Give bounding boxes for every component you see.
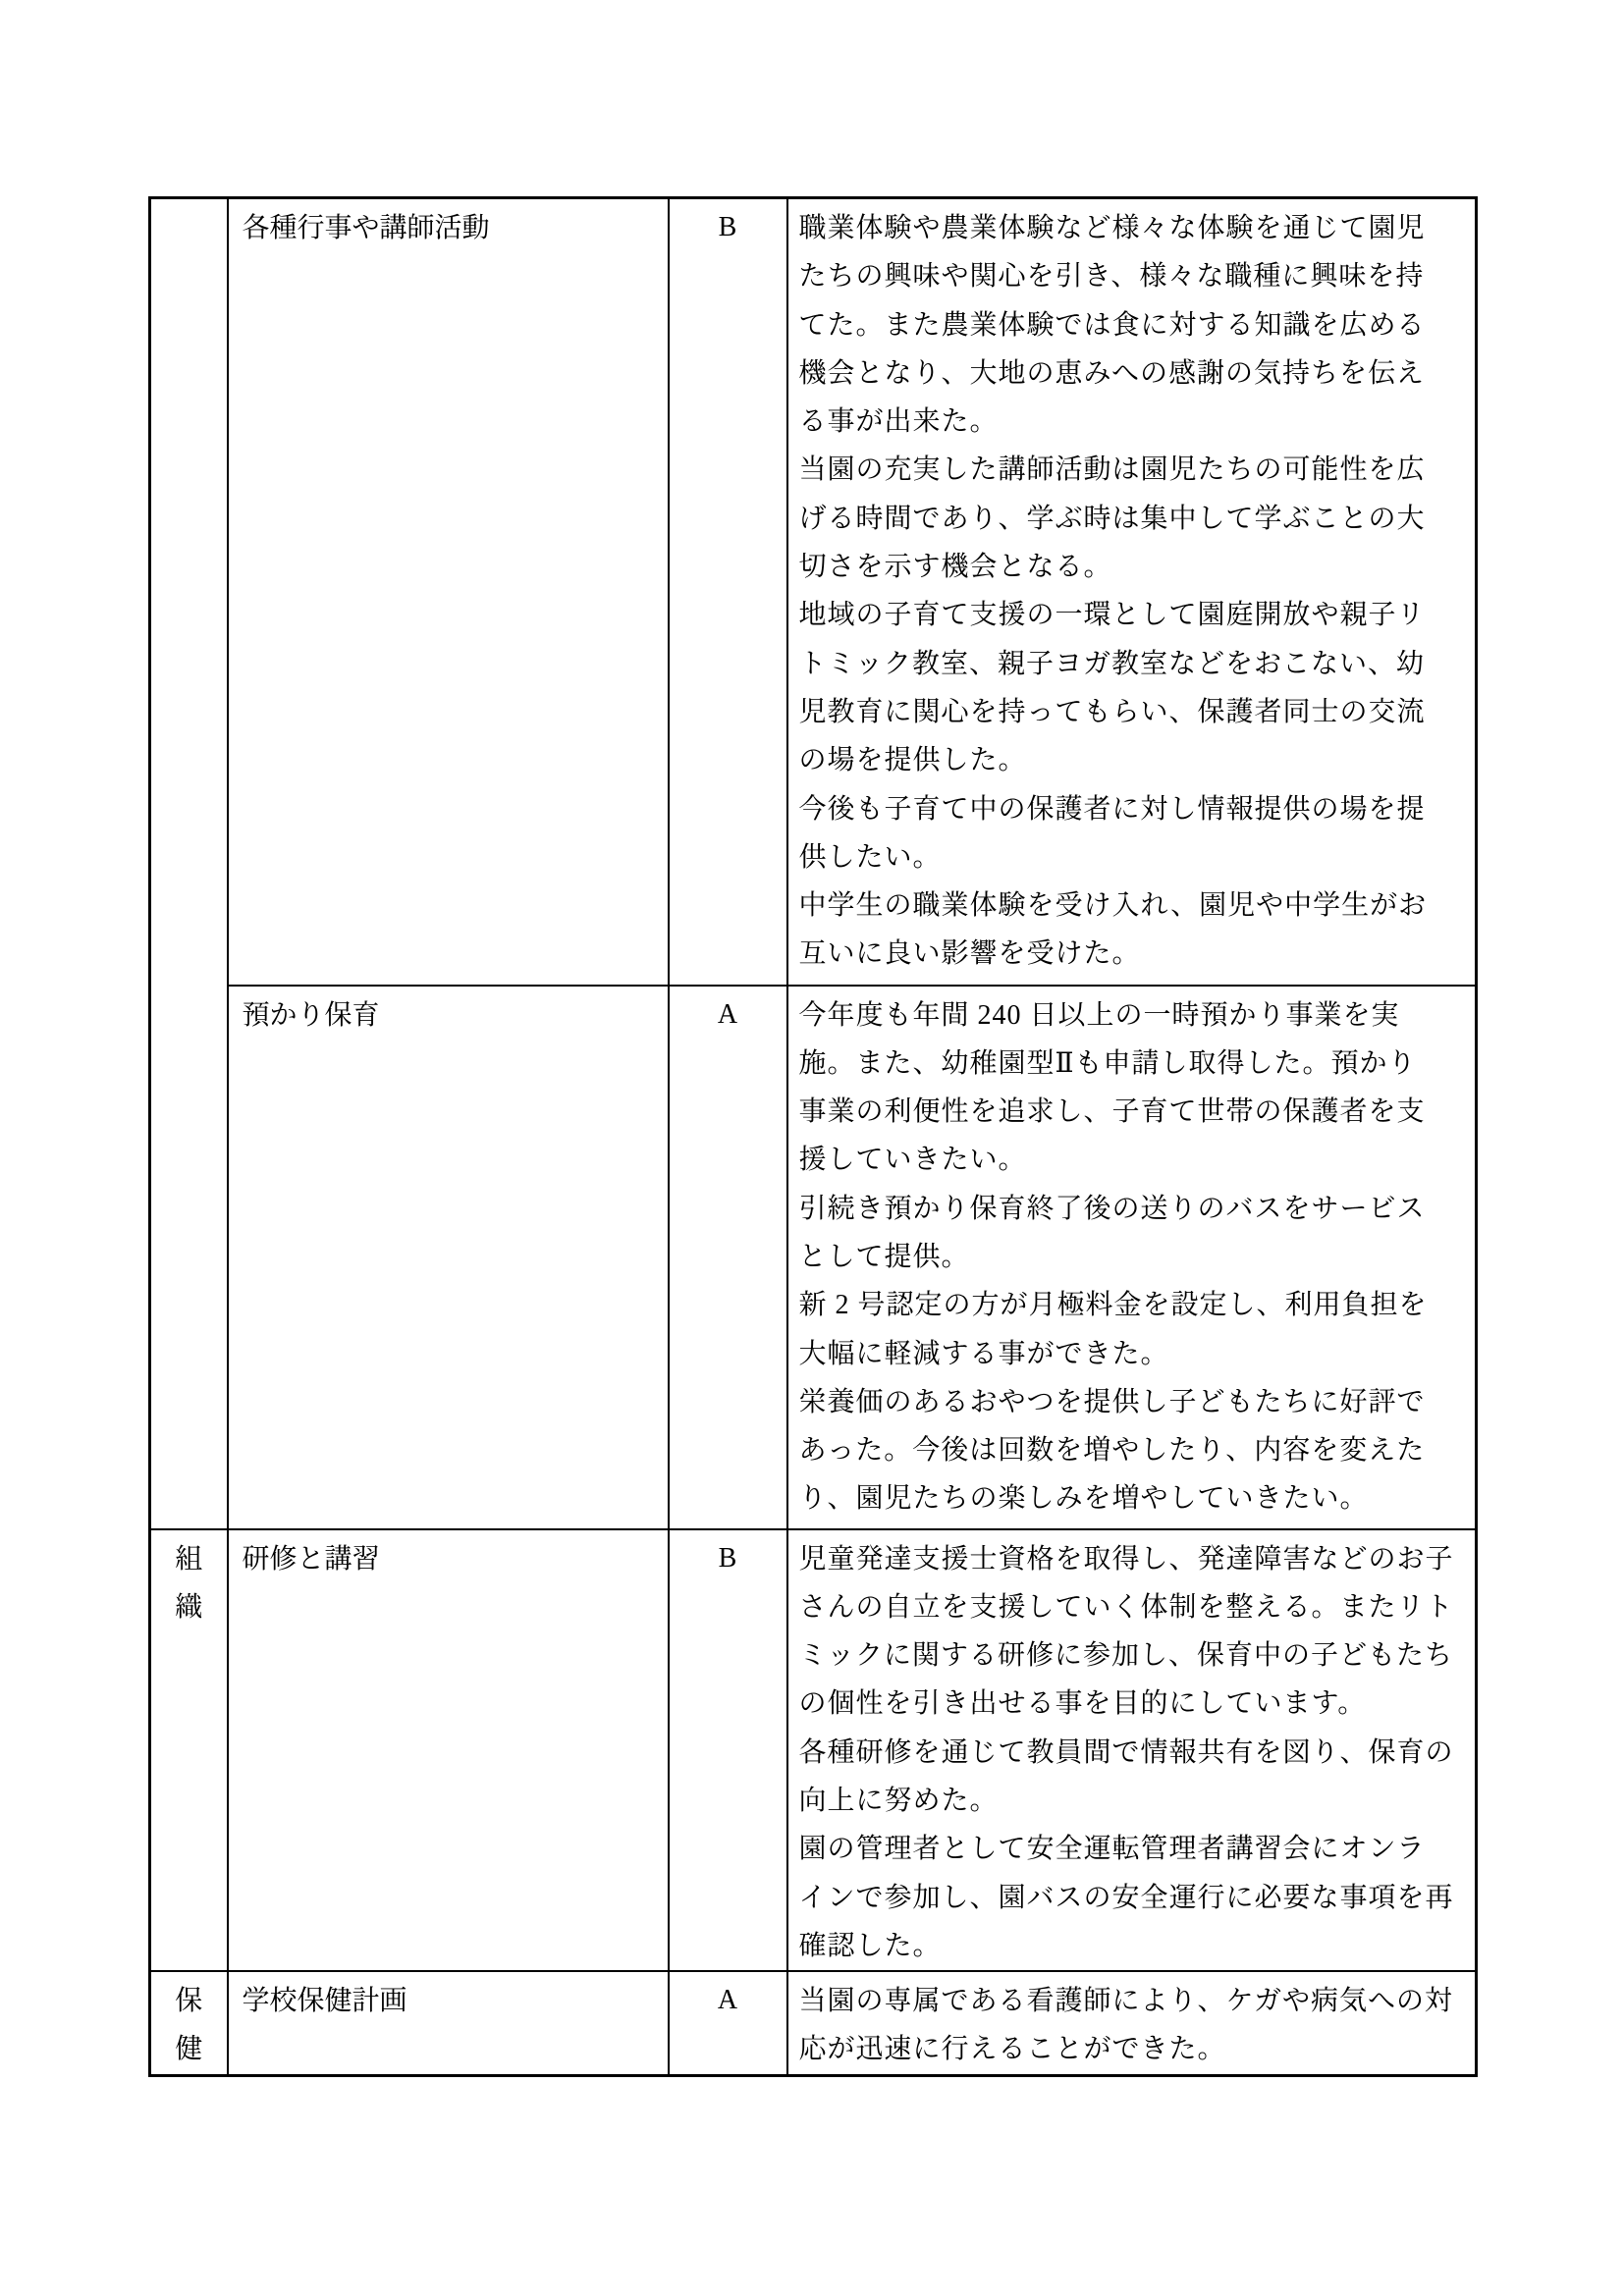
table-row: 組 織 研修と講習 B 児童発達支援士資格を取得し、発達障害などのお子 さんの自… bbox=[150, 1529, 1477, 1972]
evaluation-text-cell: 当園の専属である看護師により、ケガや病気への対 応が迅速に行えることができた。 bbox=[787, 1971, 1477, 2075]
table-row: 保 健 学校保健計画 A 当園の専属である看護師により、ケガや病気への対 応が迅… bbox=[150, 1971, 1477, 2075]
grade-cell: B bbox=[669, 1529, 787, 1972]
evaluation-text-cell: 児童発達支援士資格を取得し、発達障害などのお子 さんの自立を支援していく体制を整… bbox=[787, 1529, 1477, 1972]
item-cell: 研修と講習 bbox=[228, 1529, 669, 1972]
evaluation-table: 各種行事や講師活動 B 職業体験や農業体験など様々な体験を通じて園児 たちの興味… bbox=[148, 196, 1478, 2077]
grade-cell: A bbox=[669, 1971, 787, 2075]
item-cell: 学校保健計画 bbox=[228, 1971, 669, 2075]
grade-cell: A bbox=[669, 986, 787, 1529]
document-page: 各種行事や講師活動 B 職業体験や農業体験など様々な体験を通じて園児 たちの興味… bbox=[0, 0, 1624, 2296]
table-row: 預かり保育 A 今年度も年間 240 日以上の一時預かり事業を実 施。また、幼稚… bbox=[150, 986, 1477, 1529]
table-row: 各種行事や講師活動 B 職業体験や農業体験など様々な体験を通じて園児 たちの興味… bbox=[150, 198, 1477, 986]
item-cell: 各種行事や講師活動 bbox=[228, 198, 669, 986]
evaluation-text-cell: 職業体験や農業体験など様々な体験を通じて園児 たちの興味や関心を引き、様々な職種… bbox=[787, 198, 1477, 986]
item-cell: 預かり保育 bbox=[228, 986, 669, 1529]
category-cell-organization: 組 織 bbox=[150, 1529, 228, 1972]
evaluation-text-cell: 今年度も年間 240 日以上の一時預かり事業を実 施。また、幼稚園型Ⅱも申請し取… bbox=[787, 986, 1477, 1529]
grade-cell: B bbox=[669, 198, 787, 986]
category-cell-health: 保 健 bbox=[150, 1971, 228, 2075]
category-cell-continued bbox=[150, 198, 228, 1529]
